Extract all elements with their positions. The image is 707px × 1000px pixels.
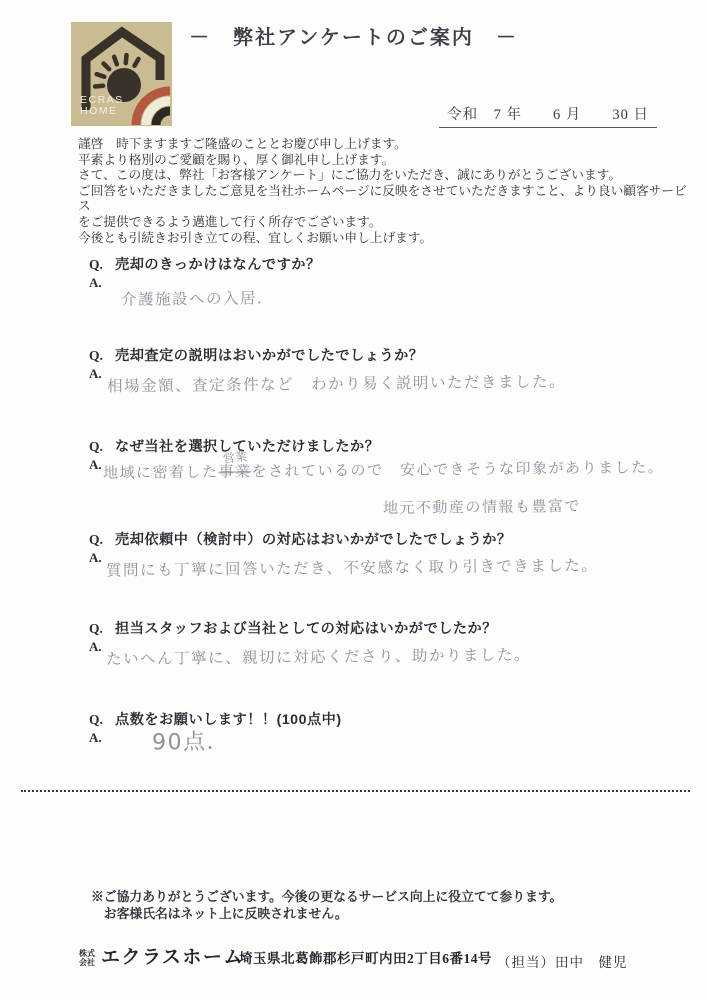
handwritten-answer-4: 質問にも丁寧に回答いただき、不安感なく取り引きできました。 — [106, 553, 599, 580]
company-address: 埼玉県北葛飾郡杉戸町内田2丁目6番14号 — [239, 947, 492, 967]
handwritten-answer-3-line2: 地元不動産の情報も豊富で — [383, 495, 581, 518]
handwritten-answer-1: 介護施設への入居． — [121, 286, 274, 310]
company-prefix-top: 株式 — [79, 949, 95, 958]
q-label: Q. — [89, 621, 115, 637]
document-date: 令和 7 年 6 月 30 日 — [439, 103, 657, 128]
answer-3-pre: 地域に密着した — [103, 463, 219, 482]
handwritten-answer-5: たいへん丁寧に、親切に対応くださり、助かりました。 — [106, 643, 531, 669]
question-text-5: 担当スタッフおよび当社としての対応はいかがでしたか？ — [115, 618, 497, 638]
q-label: Q. — [89, 348, 115, 364]
page-title: － 弊社アンケートのご案内 － — [0, 21, 707, 50]
question-block-1: Q. 売却のきっかけはなんですか？ A. — [89, 254, 684, 291]
question-text-4: 売却依頼中（検討中）の対応はおいかがでしたでしょうか？ — [115, 529, 512, 549]
question-text-3: なぜ当社を選択していただけましたか？ — [115, 436, 379, 456]
q-label: Q. — [89, 712, 115, 728]
q-label: Q. — [89, 532, 115, 548]
staff-in-charge: （担当）田中 健児 — [497, 951, 628, 971]
question-text-1: 売却のきっかけはなんですか？ — [115, 254, 321, 274]
answer-3-correction: 営業 — [221, 447, 247, 467]
survey-document-page: ECRAS HOME － 弊社アンケートのご案内 － 令和 7 年 6 月 30… — [0, 0, 707, 1000]
greeting-paragraph: 謹啓 時下ますますご隆盛のこととお慶び申し上げます。 平素より格別のご愛顧を賜り… — [78, 137, 692, 246]
q-label: Q. — [89, 439, 115, 455]
q-label: Q. — [89, 257, 115, 273]
dotted-divider — [21, 790, 690, 792]
handwritten-answer-3-line1: 地域に密着した事業営業をされているので 安心できそうな印象がありました。 — [103, 456, 664, 483]
company-name: エクラスホーム — [101, 942, 244, 969]
answer-3-struck-word: 事業営業 — [218, 462, 251, 480]
handwritten-answer-score: 90点． — [152, 725, 230, 757]
logo-text-line2: HOME — [80, 105, 118, 117]
company-prefix-bottom: 会社 — [79, 958, 95, 967]
question-text-2: 売却査定の説明はおいかがでしたでしょうか？ — [115, 345, 423, 365]
handwritten-answer-2: 相場金額、査定条件など わかり易く説明いただきました。 — [107, 370, 566, 397]
company-prefix: 株式 会社 — [79, 949, 95, 967]
footer-note: ※ご協力ありがとうございます。今後の更なるサービス向上に役立てて参ります。 お客… — [91, 889, 562, 922]
answer-3-post: をされているので 安心できそうな印象がありました。 — [251, 458, 664, 480]
